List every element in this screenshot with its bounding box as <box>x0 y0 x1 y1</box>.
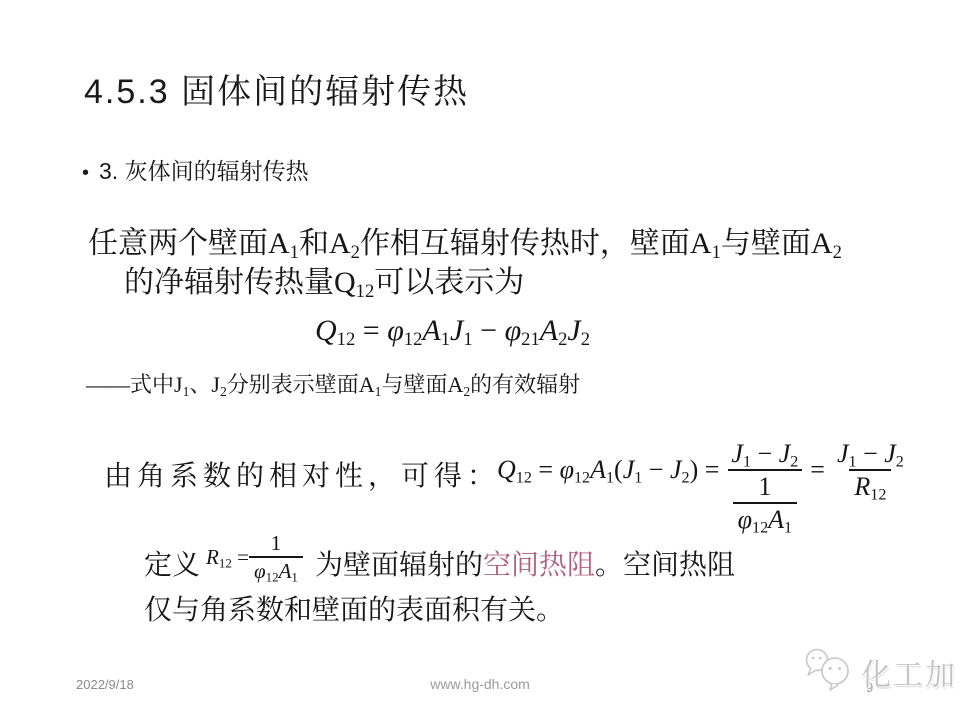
bullet-marker-icon: • <box>82 162 89 184</box>
equals-sign: = <box>810 455 825 485</box>
definition-line-1: 定义 R12 = 1 φ12A1 为壁面辐射的空间热阻。空间热阻 <box>144 522 735 592</box>
definition-fraction-numerator: 1 <box>266 531 287 555</box>
derived-lhs: Q12 = φ12A1(J1 − J2) = <box>497 455 719 485</box>
inner-fraction-denominator: φ12A1 <box>733 502 797 535</box>
definition-prefix: 定义 <box>144 543 200 583</box>
formula-q12-basic: Q12 = φ12A1J1 − φ21A2J2 <box>315 314 590 348</box>
definition-fraction: 1 φ12A1 <box>249 531 303 582</box>
definition-text: 为壁面辐射的空间热阻。空间热阻 <box>315 543 735 583</box>
fraction-denominator: 1 φ12A1 <box>728 469 802 535</box>
fraction-nested: J1 − J2 1 φ12A1 <box>726 439 803 535</box>
formula-note: ——式中J1、J2分别表示壁面A1与壁面A2的有效辐射 <box>86 368 580 399</box>
fraction-r12: J1 − J2 R12 <box>832 439 909 502</box>
fraction-r12-denominator: R12 <box>849 469 891 502</box>
body-paragraph: 任意两个壁面A1和A2作相互辐射传热时，壁面A1与壁面A2 的净辐射传热量Q12… <box>88 224 928 302</box>
definition-line-2: 仅与角系数和壁面的表面积有关。 <box>144 588 564 628</box>
bullet-text: 3. 灰体间的辐射传热 <box>99 158 309 184</box>
formula-q12-derived: Q12 = φ12A1(J1 − J2) = J1 − J2 1 φ12A1 =… <box>497 425 909 515</box>
derivation-label: 由角系数的相对性，可得： <box>104 454 500 494</box>
paragraph-line-1: 任意两个壁面A1和A2作相互辐射传热时，壁面A1与壁面A2 <box>88 224 928 263</box>
chat-bubbles-icon <box>802 646 856 697</box>
definition-formula: R12 = 1 φ12A1 <box>206 531 303 582</box>
inner-fraction-numerator: 1 <box>753 472 776 502</box>
definition-fraction-denominator: φ12A1 <box>249 556 303 583</box>
bullet-item: •3. 灰体间的辐射传热 <box>82 153 309 186</box>
presentation-slide: { "colors": { "accent": "#b0607e", "foot… <box>0 0 960 720</box>
slide-title: 4.5.3 固体间的辐射传热 <box>84 64 469 113</box>
inner-fraction: 1 φ12A1 <box>733 472 797 535</box>
logo-text: 化工加 <box>861 650 957 694</box>
paragraph-line-2: 的净辐射传热量Q12可以表示为 <box>124 263 928 302</box>
definition-formula-lhs: R12 = <box>206 545 249 570</box>
fraction-r12-numerator: J1 − J2 <box>832 439 909 469</box>
fraction-numerator: J1 − J2 <box>726 439 803 469</box>
watermark-logo: 化工加 <box>802 646 957 697</box>
